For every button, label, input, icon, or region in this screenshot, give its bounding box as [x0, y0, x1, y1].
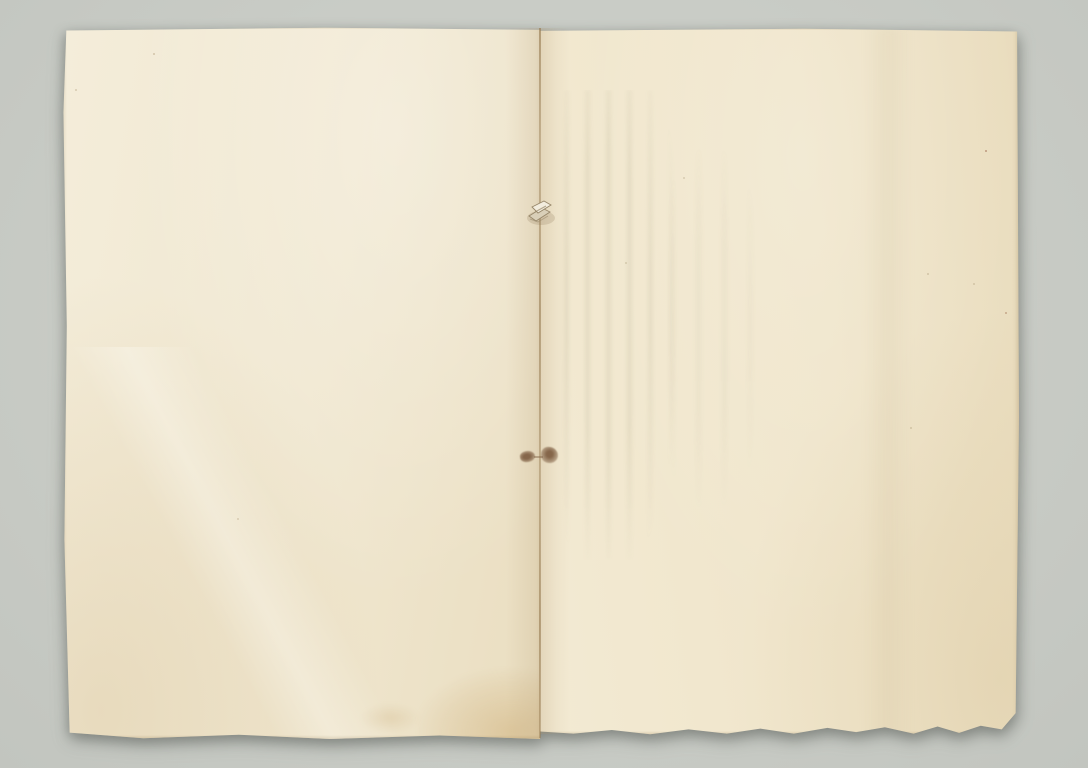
paper-bend-tone-band	[865, 28, 911, 735]
left-page-crease-highlight	[62, 347, 421, 739]
document-photo	[0, 0, 1088, 768]
fold-shadow-right	[540, 28, 570, 734]
booklet-spread	[0, 0, 1088, 768]
small-stain	[360, 703, 420, 733]
paper-speck	[910, 427, 912, 429]
right-page-top-edge	[540, 28, 1019, 30]
left-page-top-edge	[62, 27, 540, 29]
top-staple	[522, 192, 560, 232]
right-page-outer-edge	[1012, 28, 1019, 735]
paper-speck	[625, 262, 627, 264]
middle-staple-wire	[534, 456, 543, 458]
paper-speck	[75, 89, 77, 91]
paper-speck	[1005, 312, 1007, 314]
left-page-outer-edge	[62, 27, 67, 739]
paper-speck	[985, 150, 987, 152]
fold-shadow-left	[506, 28, 540, 738]
text-bleed-through-faint-columns	[660, 148, 770, 508]
paper-speck	[973, 283, 975, 285]
left-page	[62, 27, 540, 739]
right-page-deckled-bottom-edge	[540, 731, 1019, 735]
paper-speck	[683, 177, 685, 179]
paper-speck	[153, 53, 155, 55]
center-fold-line	[539, 28, 541, 738]
right-page	[540, 28, 1019, 735]
paper-speck	[237, 518, 239, 520]
paper-speck	[927, 273, 929, 275]
